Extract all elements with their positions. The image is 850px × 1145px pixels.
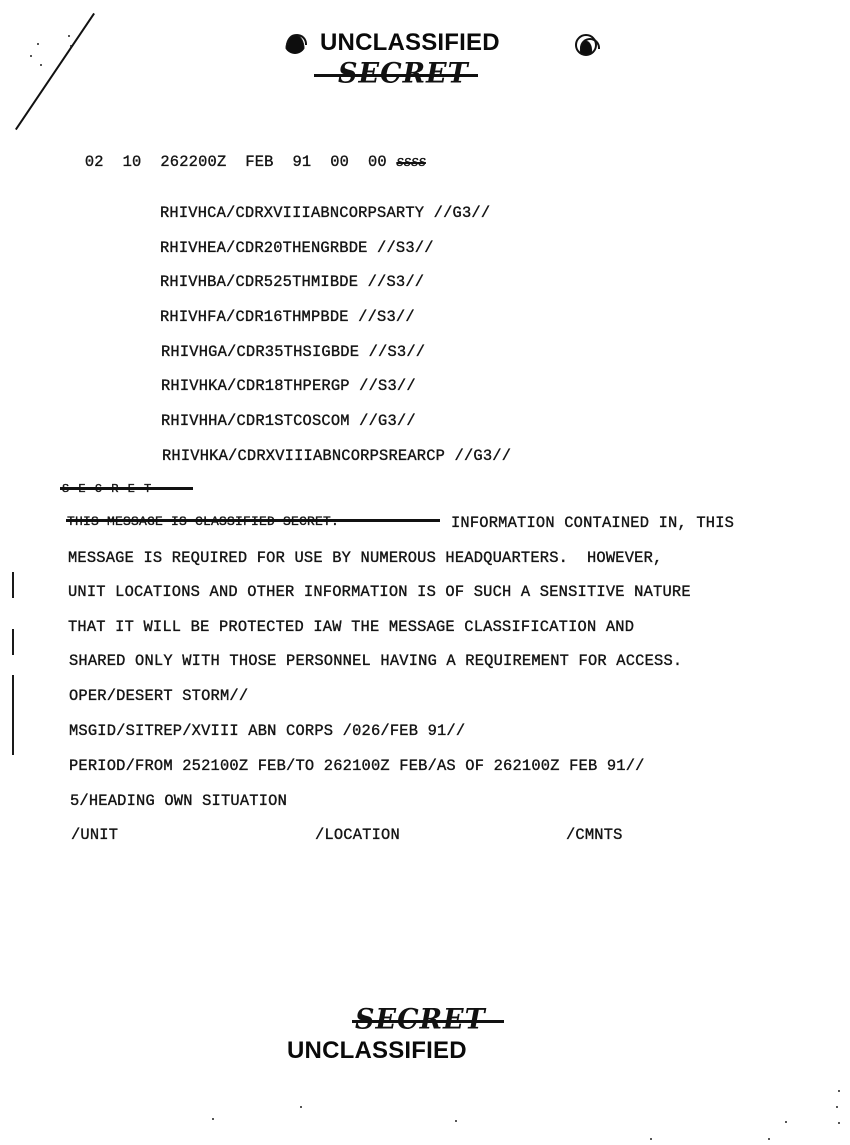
addressee: RHIVHHA/CDR1STCOSCOM //G3// — [161, 412, 416, 430]
seal-icon-left — [284, 32, 306, 54]
speck — [40, 64, 42, 66]
routing-field: 91 — [293, 153, 312, 171]
speck — [785, 1121, 787, 1123]
addressee: RHIVHFA/CDR16THMPBDE //S3// — [160, 308, 415, 326]
speck — [30, 55, 32, 57]
speck — [768, 1138, 770, 1140]
addressee: RHIVHKA/CDR18THPERGP //S3// — [161, 377, 416, 395]
speck — [455, 1120, 457, 1122]
speck — [212, 1118, 214, 1120]
classification-banner-top: UNCLASSIFIED — [320, 29, 500, 57]
margin-change-bar — [12, 572, 14, 598]
speck — [838, 1122, 840, 1124]
column-header-location: /LOCATION — [315, 826, 400, 844]
speck — [68, 35, 70, 37]
addressee: RHIVHBA/CDR525THMIBDE //S3// — [160, 273, 424, 291]
routing-line: 02 10 262200Z FEB 91 00 00 SSSS — [66, 135, 426, 171]
classification-banner-bottom: UNCLASSIFIED — [287, 1037, 467, 1065]
addressee: RHIVHKA/CDRXVIIIABNCORPSREARCP //G3// — [162, 447, 511, 465]
strikethrough-line — [314, 74, 478, 77]
body-line: 5/HEADING OWN SITUATION — [70, 792, 287, 810]
body-line: OPER/DESERT STORM// — [69, 687, 248, 705]
struck-routing-suffix: SSSS — [396, 156, 426, 170]
body-line: MESSAGE IS REQUIRED FOR USE BY NUMEROUS … — [68, 549, 662, 567]
strikethrough-line — [60, 487, 193, 490]
speck — [836, 1106, 838, 1108]
routing-field: FEB — [245, 153, 273, 171]
column-header-comments: /CMNTS — [566, 826, 623, 844]
speck — [300, 1106, 302, 1108]
addressee: RHIVHCA/CDRXVIIIABNCORPSARTY //G3// — [160, 204, 490, 222]
body-line: UNIT LOCATIONS AND OTHER INFORMATION IS … — [68, 583, 691, 601]
body-line: MSGID/SITREP/XVIII ABN CORPS /026/FEB 91… — [69, 722, 465, 740]
column-header-unit: /UNIT — [71, 826, 118, 844]
routing-field: 00 — [368, 153, 387, 171]
struck-lead-sentence: THIS MESSAGE IS CLASSIFIED SECRET. — [67, 514, 339, 529]
strikethrough-line — [352, 1020, 504, 1023]
routing-field: 10 — [123, 153, 142, 171]
seal-icon-right — [575, 34, 597, 56]
routing-field: 00 — [330, 153, 349, 171]
speck — [37, 43, 39, 45]
margin-change-bar — [12, 675, 14, 755]
speck — [650, 1138, 652, 1140]
body-line: SHARED ONLY WITH THOSE PERSONNEL HAVING … — [69, 652, 682, 670]
margin-change-bar — [12, 629, 14, 655]
routing-field: 02 — [85, 153, 104, 171]
diagonal-pen-mark — [15, 13, 95, 130]
addressee: RHIVHEA/CDR20THENGRBDE //S3// — [160, 239, 434, 257]
addressee: RHIVHGA/CDR35THSIGBDE //S3// — [161, 343, 425, 361]
strikethrough-line — [66, 519, 440, 522]
body-line: PERIOD/FROM 252100Z FEB/TO 262100Z FEB/A… — [69, 757, 645, 775]
routing-field: 262200Z — [160, 153, 226, 171]
speck — [70, 45, 72, 47]
body-line: THAT IT WILL BE PROTECTED IAW THE MESSAG… — [68, 618, 634, 636]
speck — [838, 1090, 840, 1092]
body-line: INFORMATION CONTAINED IN, THIS — [451, 514, 734, 532]
